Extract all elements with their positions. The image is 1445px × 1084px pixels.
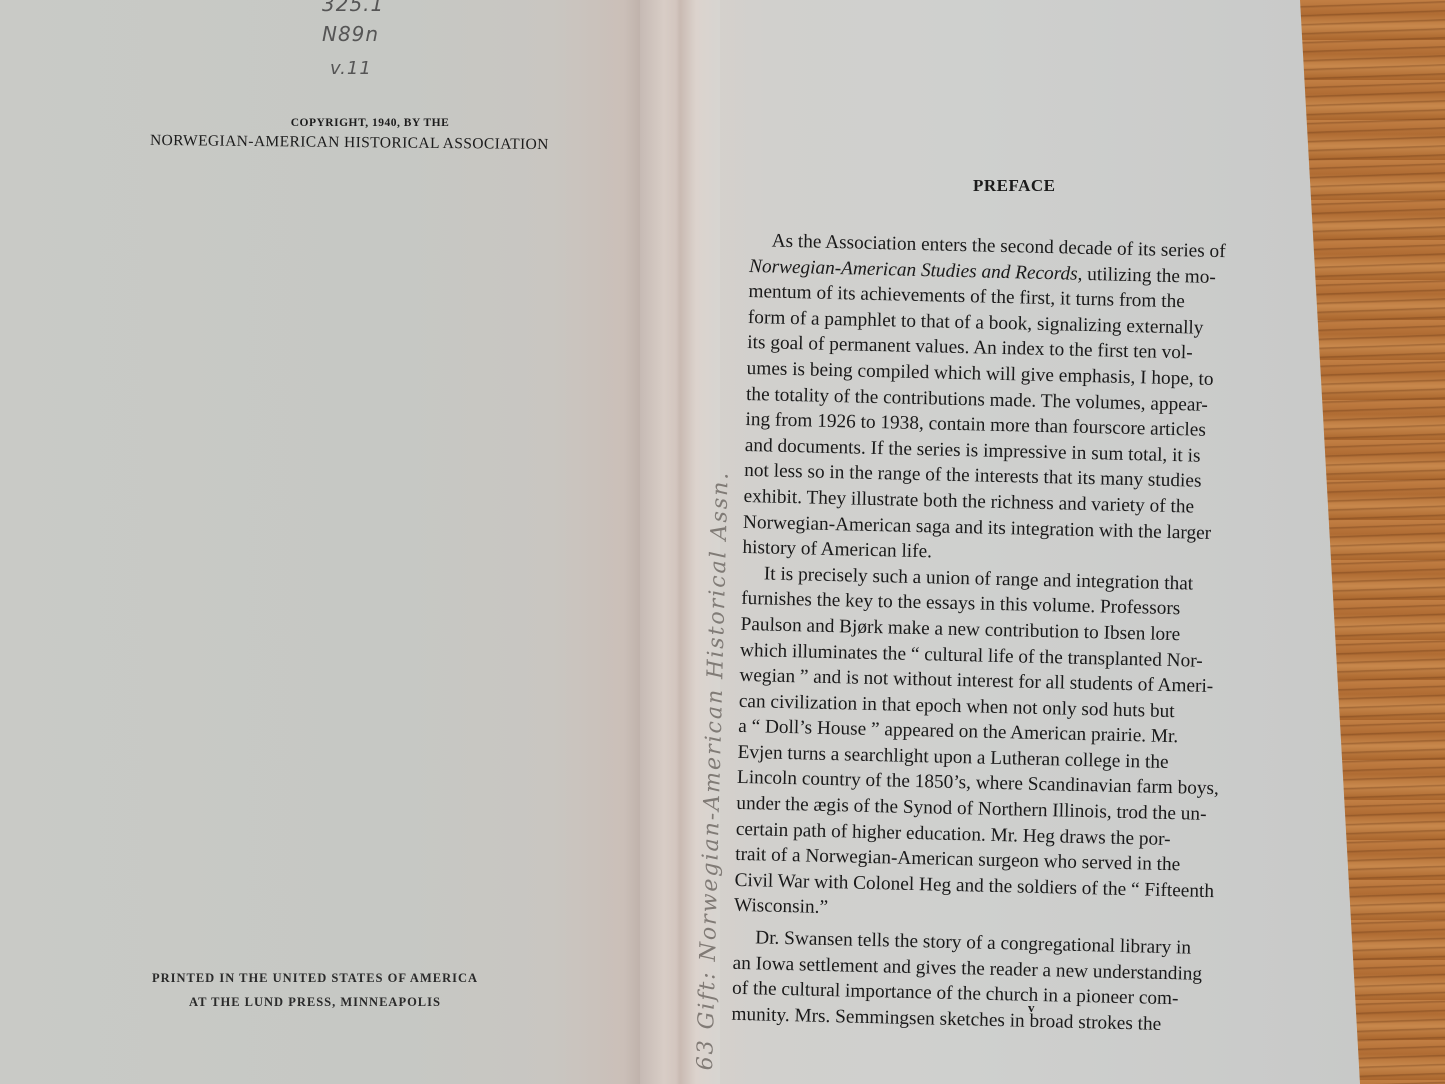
publisher-name: NORWEGIAN-AMERICAN HISTORICAL ASSOCIATIO… — [150, 132, 549, 154]
page-number: v — [1028, 1000, 1035, 1016]
call-number-volume: v.11 — [330, 58, 372, 79]
copyright-line: COPYRIGHT, 1940, BY THE — [140, 117, 600, 129]
call-number-line1: 325.1 — [322, 0, 384, 16]
page-title: PREFACE — [973, 176, 1056, 196]
printed-in-line: PRINTED IN THE UNITED STATES OF AMERICA — [130, 971, 500, 986]
left-page: 325.1 N89n v.11 COPYRIGHT, 1940, BY THE … — [0, 0, 650, 1084]
text-fragment: , utilizing the mo- — [1077, 263, 1216, 287]
call-number-line2: N89n — [322, 22, 379, 46]
printer-line: AT THE LUND PRESS, MINNEAPOLIS — [130, 995, 500, 1010]
preface-body: As the Association enters the second dec… — [731, 228, 1310, 1040]
